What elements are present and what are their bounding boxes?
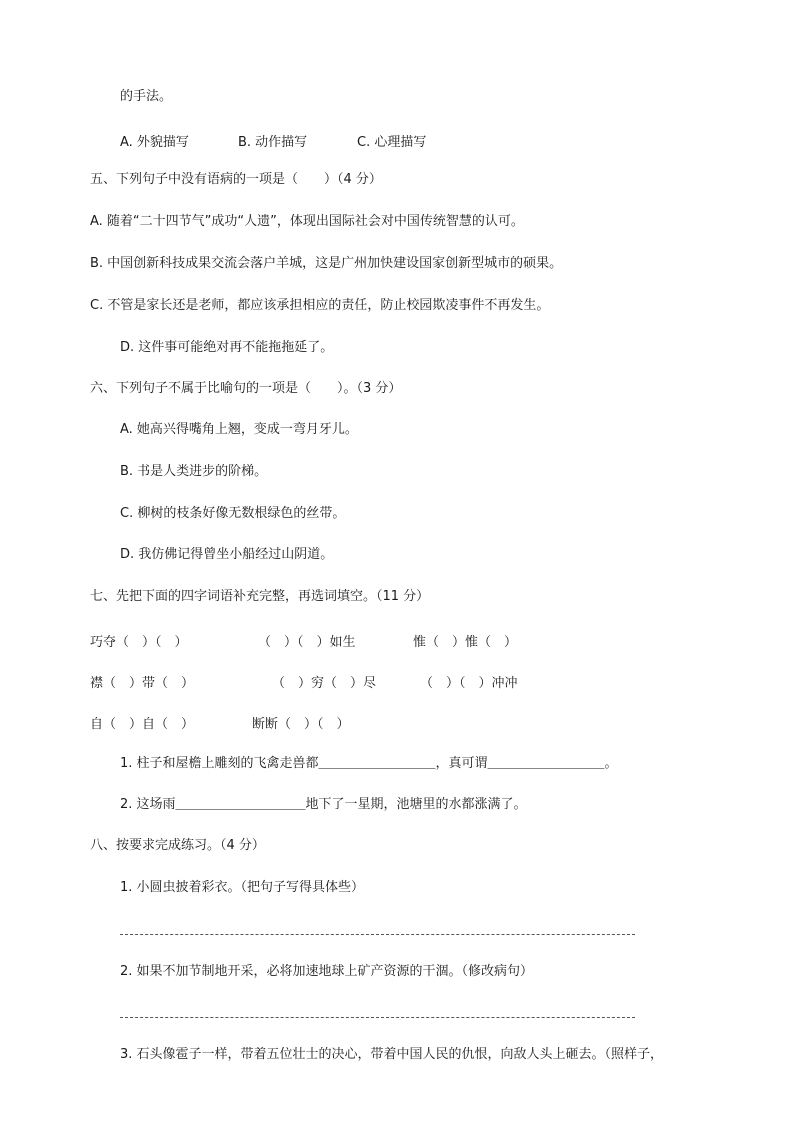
q4-option-b: B. 动作描写 <box>238 131 307 150</box>
q7-fill-1: 1. 柱子和屋檐上雕刻的飞禽走兽都＿＿＿＿＿＿＿＿＿，真可谓＿＿＿＿＿＿＿＿＿。 <box>120 756 618 772</box>
q4-option-c: C. 心理描写 <box>357 131 426 150</box>
q8-item-1: 1. 小圆虫披着彩衣。（把句子写得具体些） <box>120 880 364 896</box>
q5-option-d: D. 这件事可能绝对再不能拖拖延了。 <box>120 340 333 356</box>
q6-option-d: D. 我仿佛记得曾坐小船经过山阴道。 <box>120 547 333 563</box>
q8-title: 八、按要求完成练习。（4 分） <box>90 838 265 854</box>
q6-option-a: A. 她高兴得嘴角上翘，变成一弯月牙儿。 <box>120 422 358 438</box>
q6-title: 六、下列句子不属于比喻句的一项是（ ）。（3 分） <box>90 381 401 397</box>
q8-item-2: 2. 如果不加节制地开采，必将加速地球上矿产资源的干涸。（修改病句） <box>120 964 533 980</box>
answer-line[interactable] <box>120 934 635 935</box>
q8-item-3: 3. 石头像雹子一样，带着五位壮士的决心，带着中国人民的仇恨，向敌人头上砸去。（… <box>120 1047 663 1063</box>
idiom-blank[interactable]: 襟（ ）带（ ） <box>90 672 194 691</box>
idiom-blank[interactable]: （ ）（ ）如生 <box>258 631 356 650</box>
idiom-blank[interactable]: 断断（ ）（ ） <box>252 713 350 732</box>
idiom-blank[interactable]: （ ）穷（ ）尽 <box>272 672 376 691</box>
q5-option-c: C. 不管是家长还是老师，都应该承担相应的责任，防止校园欺凌事件不再发生。 <box>90 298 549 314</box>
q6-option-b: B. 书是人类进步的阶梯。 <box>120 464 267 480</box>
q5-option-b: B. 中国创新科技成果交流会落户羊城，这是广州加快建设国家创新型城市的硕果。 <box>90 256 562 272</box>
idiom-blank[interactable]: 惟（ ）惟（ ） <box>413 631 517 650</box>
q5-title: 五、下列句子中没有语病的一项是（ ）（4 分） <box>90 172 382 188</box>
q6-option-c: C. 柳树的枝条好像无数根绿色的丝带。 <box>120 506 345 522</box>
q7-title: 七、先把下面的四字词语补充完整，再选词填空。（11 分） <box>90 589 429 605</box>
idiom-blank[interactable]: 巧夺（ ）（ ） <box>90 631 188 650</box>
continuation-text: 的手法。 <box>120 89 172 105</box>
idiom-blank[interactable]: 自（ ）自（ ） <box>90 713 194 732</box>
q4-option-a: A. 外貌描写 <box>120 131 189 150</box>
answer-line[interactable] <box>120 1017 635 1018</box>
q5-option-a: A. 随着“二十四节气”成功“人遗”，体现出国际社会对中国传统智慧的认可。 <box>90 214 524 230</box>
idiom-blank[interactable]: （ ）（ ）冲冲 <box>420 672 518 691</box>
q7-fill-2: 2. 这场雨＿＿＿＿＿＿＿＿＿＿地下了一星期，池塘里的水都涨满了。 <box>120 797 527 813</box>
